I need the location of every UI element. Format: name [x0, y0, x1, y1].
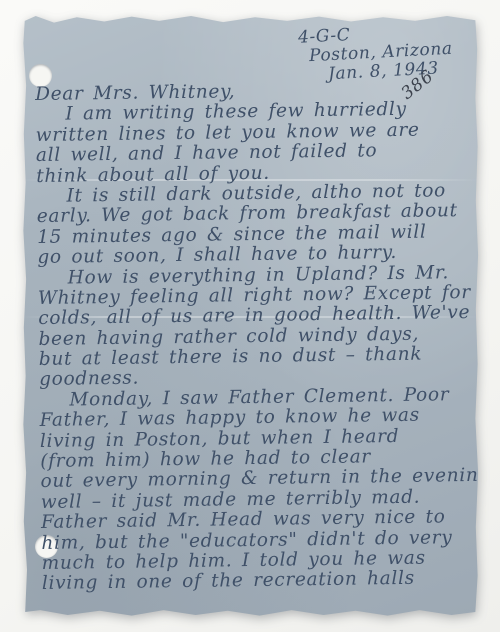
scan-background: 4-G-C Poston, Arizona Jan. 8, 1943 386 D…: [0, 0, 500, 632]
letter-body: Dear Mrs. Whitney, I am writing these fe…: [35, 79, 482, 595]
letter-paper: 4-G-C Poston, Arizona Jan. 8, 1943 386 D…: [22, 13, 479, 618]
letter-paper-wrap: 4-G-C Poston, Arizona Jan. 8, 1943 386 D…: [22, 13, 479, 618]
letter-header: 4-G-C Poston, Arizona Jan. 8, 1943: [274, 19, 467, 86]
handwriting-line: living in one of the recreation halls: [42, 568, 482, 595]
